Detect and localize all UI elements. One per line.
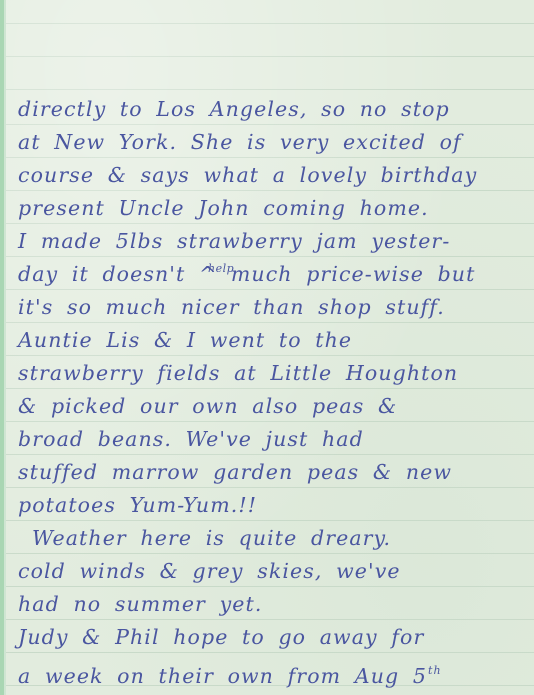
letter-line-7: it's so much nicer than shop stuff. bbox=[18, 291, 528, 324]
letter-body: directly to Los Angeles, so no stop at N… bbox=[18, 93, 528, 687]
letter-line-4: present Uncle John coming home. bbox=[18, 192, 528, 225]
letter-line-5: I made 5lbs strawberry jam yester- bbox=[18, 225, 528, 258]
letter-line-9: strawberry fields at Little Houghton bbox=[18, 357, 528, 390]
letter-line-14: Weather here is quite dreary. bbox=[18, 522, 528, 555]
letter-line-11: broad beans. We've just had bbox=[18, 423, 528, 456]
letter-line-15: cold winds & grey skies, we've bbox=[18, 555, 528, 588]
letter-line-6-text: day it doesn't ^ much price-wise but bbox=[18, 262, 475, 286]
letter-line-6: day it doesn't ^ much price-wise but hel… bbox=[18, 258, 528, 291]
letter-line-10: & picked our own also peas & bbox=[18, 390, 528, 423]
letter-line-18: a week on their own from Aug 5th bbox=[18, 654, 528, 687]
inserted-word-help: help bbox=[208, 252, 234, 285]
page-margin-shadow bbox=[4, 0, 6, 695]
letter-line-8: Auntie Lis & I went to the bbox=[18, 324, 528, 357]
letter-line-1: directly to Los Angeles, so no stop bbox=[18, 93, 528, 126]
letter-line-16: had no summer yet. bbox=[18, 588, 528, 621]
letter-page: directly to Los Angeles, so no stop at N… bbox=[0, 0, 534, 695]
letter-line-13: potatoes Yum-Yum.!! bbox=[18, 489, 528, 522]
letter-line-18-text: a week on their own from Aug 5 bbox=[18, 664, 427, 688]
letter-line-12: stuffed marrow garden peas & new bbox=[18, 456, 528, 489]
letter-line-17: Judy & Phil hope to go away for bbox=[18, 621, 528, 654]
letter-line-2: at New York. She is very excited of bbox=[18, 126, 528, 159]
date-ordinal-superscript: th bbox=[428, 664, 442, 677]
letter-line-3: course & says what a lovely birthday bbox=[18, 159, 528, 192]
